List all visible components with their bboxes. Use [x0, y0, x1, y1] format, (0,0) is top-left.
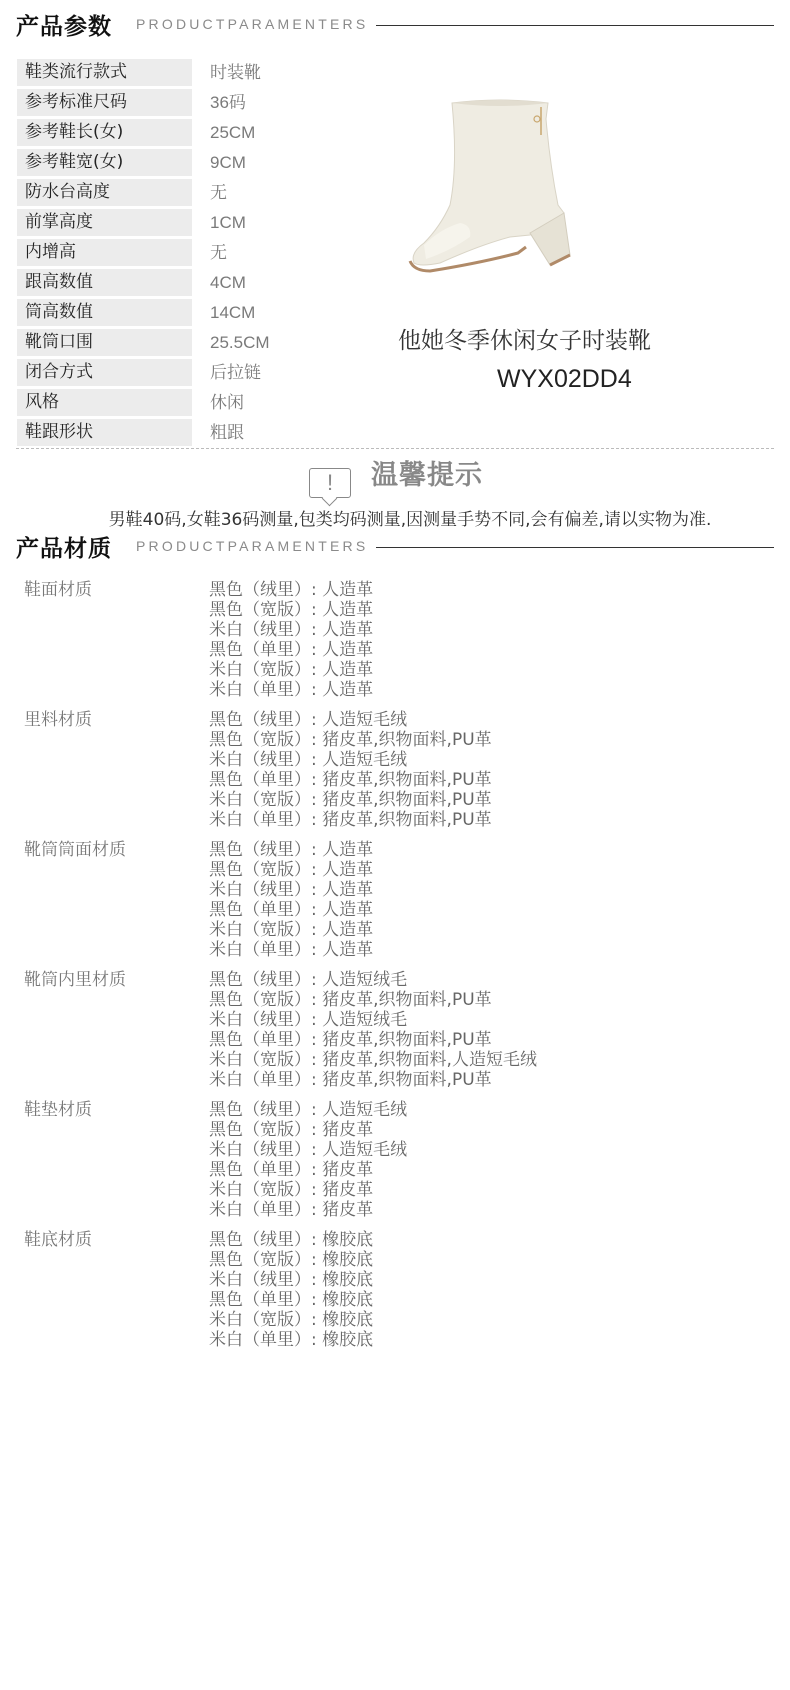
param-value: 后拉链: [210, 359, 261, 386]
param-value: 14CM: [210, 299, 255, 326]
material-line: 黑色（绒里）: 人造短毛绒: [209, 710, 492, 730]
material-line: 黑色（绒里）: 人造短绒毛: [209, 970, 537, 990]
param-value: 36码: [210, 89, 246, 116]
section-title: 产品材质: [16, 530, 112, 563]
param-row: 前掌高度1CM: [17, 209, 357, 236]
material-line: 黑色（单里）: 猪皮革,织物面料,PU革: [209, 770, 492, 790]
param-label: 筒高数值: [17, 299, 192, 326]
material-line: 黑色（绒里）: 人造革: [209, 840, 373, 860]
param-row: 鞋跟形状粗跟: [17, 419, 357, 446]
material-line: 黑色（单里）: 人造革: [209, 900, 373, 920]
materials-list: 鞋面材质 黑色（绒里）: 人造革 黑色（宽版）: 人造革 米白（绒里）: 人造革…: [24, 580, 764, 1360]
param-row: 筒高数值14CM: [17, 299, 357, 326]
param-row: 参考标准尺码36码: [17, 89, 357, 116]
param-label: 鞋类流行款式: [17, 59, 192, 86]
param-row: 靴筒口围25.5CM: [17, 329, 357, 356]
param-label: 参考鞋长(女): [17, 119, 192, 146]
section-subtitle: PRODUCTPARAMENTERS: [136, 16, 368, 32]
section-header-params: 产品参数 PRODUCTPARAMENTERS: [16, 6, 774, 42]
param-label: 前掌高度: [17, 209, 192, 236]
material-label: 靴筒内里材质: [24, 970, 209, 1090]
param-row: 参考鞋长(女)25CM: [17, 119, 357, 146]
param-value: 无: [210, 239, 227, 266]
product-code: WYX02DD4: [497, 365, 632, 394]
section-header-materials: 产品材质 PRODUCTPARAMENTERS: [16, 528, 774, 564]
param-value: 9CM: [210, 149, 246, 176]
param-label: 参考标准尺码: [17, 89, 192, 116]
param-value: 休闲: [210, 389, 244, 416]
product-image: [400, 95, 620, 295]
param-label: 防水台高度: [17, 179, 192, 206]
material-line: 米白（单里）: 猪皮革,织物面料,PU革: [209, 810, 492, 830]
param-row: 风格休闲: [17, 389, 357, 416]
param-label: 靴筒口围: [17, 329, 192, 356]
material-group: 靴筒内里材质 黑色（绒里）: 人造短绒毛 黑色（宽版）: 猪皮革,织物面料,PU…: [24, 970, 764, 1090]
material-line: 黑色（宽版）: 橡胶底: [209, 1250, 373, 1270]
material-line: 黑色（绒里）: 人造短毛绒: [209, 1100, 407, 1120]
exclamation-bubble-icon: !: [309, 468, 351, 498]
param-value: 1CM: [210, 209, 246, 236]
section-title: 产品参数: [16, 8, 112, 41]
param-label: 参考鞋宽(女): [17, 149, 192, 176]
param-value: 4CM: [210, 269, 246, 296]
section-subtitle: PRODUCTPARAMENTERS: [136, 538, 368, 554]
material-line: 米白（单里）: 猪皮革: [209, 1200, 407, 1220]
param-value: 无: [210, 179, 227, 206]
material-line: 黑色（单里）: 猪皮革,织物面料,PU革: [209, 1030, 537, 1050]
material-line: 黑色（宽版）: 猪皮革,织物面料,PU革: [209, 730, 492, 750]
boot-icon: [400, 95, 620, 295]
material-group: 里料材质 黑色（绒里）: 人造短毛绒 黑色（宽版）: 猪皮革,织物面料,PU革 …: [24, 710, 764, 830]
material-line: 黑色（宽版）: 猪皮革,织物面料,PU革: [209, 990, 537, 1010]
material-line: 米白（宽版）: 猪皮革,织物面料,PU革: [209, 790, 492, 810]
material-label: 鞋面材质: [24, 580, 209, 700]
material-group: 鞋面材质 黑色（绒里）: 人造革 黑色（宽版）: 人造革 米白（绒里）: 人造革…: [24, 580, 764, 700]
material-line: 米白（绒里）: 人造革: [209, 880, 373, 900]
material-line: 黑色（宽版）: 猪皮革: [209, 1120, 407, 1140]
material-line: 米白（绒里）: 人造短毛绒: [209, 750, 492, 770]
param-row: 鞋类流行款式时装靴: [17, 59, 357, 86]
param-value: 时装靴: [210, 59, 261, 86]
material-line: 黑色（单里）: 猪皮革: [209, 1160, 407, 1180]
param-label: 鞋跟形状: [17, 419, 192, 446]
param-row: 参考鞋宽(女)9CM: [17, 149, 357, 176]
dashed-divider: [16, 448, 774, 449]
param-label: 内增高: [17, 239, 192, 266]
param-label: 风格: [17, 389, 192, 416]
material-line: 米白（单里）: 猪皮革,织物面料,PU革: [209, 1070, 537, 1090]
material-group: 靴筒筒面材质 黑色（绒里）: 人造革 黑色（宽版）: 人造革 米白（绒里）: 人…: [24, 840, 764, 960]
param-row: 防水台高度无: [17, 179, 357, 206]
param-label: 跟高数值: [17, 269, 192, 296]
param-value: 25CM: [210, 119, 255, 146]
material-line: 黑色（绒里）: 人造革: [209, 580, 373, 600]
material-line: 米白（绒里）: 人造短绒毛: [209, 1010, 537, 1030]
param-value: 25.5CM: [210, 329, 270, 356]
material-line: 米白（宽版）: 猪皮革: [209, 1180, 407, 1200]
param-value: 粗跟: [210, 419, 244, 446]
material-line: 米白（宽版）: 人造革: [209, 660, 373, 680]
param-row: 内增高无: [17, 239, 357, 266]
param-label: 闭合方式: [17, 359, 192, 386]
material-line: 黑色（宽版）: 人造革: [209, 860, 373, 880]
tip-text: 男鞋40码,女鞋36码测量,包类均码测量,因测量手势不同,会有偏差,请以实物为准…: [0, 505, 790, 530]
material-line: 米白（单里）: 人造革: [209, 680, 373, 700]
material-line: 米白（宽版）: 橡胶底: [209, 1310, 373, 1330]
material-line: 米白（宽版）: 猪皮革,织物面料,人造短毛绒: [209, 1050, 537, 1070]
material-line: 米白（绒里）: 人造短毛绒: [209, 1140, 407, 1160]
material-label: 靴筒筒面材质: [24, 840, 209, 960]
material-line: 黑色（绒里）: 橡胶底: [209, 1230, 373, 1250]
material-label: 里料材质: [24, 710, 209, 830]
material-line: 米白（绒里）: 橡胶底: [209, 1270, 373, 1290]
material-label: 鞋底材质: [24, 1230, 209, 1350]
divider: [376, 25, 774, 26]
product-name: 他她冬季休闲女子时装靴: [398, 322, 651, 355]
material-group: 鞋垫材质 黑色（绒里）: 人造短毛绒 黑色（宽版）: 猪皮革 米白（绒里）: 人…: [24, 1100, 764, 1220]
material-line: 黑色（宽版）: 人造革: [209, 600, 373, 620]
material-group: 鞋底材质 黑色（绒里）: 橡胶底 黑色（宽版）: 橡胶底 米白（绒里）: 橡胶底…: [24, 1230, 764, 1350]
material-line: 黑色（单里）: 橡胶底: [209, 1290, 373, 1310]
material-line: 米白（绒里）: 人造革: [209, 620, 373, 640]
material-line: 米白（宽版）: 人造革: [209, 920, 373, 940]
material-line: 米白（单里）: 人造革: [209, 940, 373, 960]
divider: [376, 547, 774, 548]
material-label: 鞋垫材质: [24, 1100, 209, 1220]
param-row: 跟高数值4CM: [17, 269, 357, 296]
param-row: 闭合方式后拉链: [17, 359, 357, 386]
material-line: 米白（单里）: 橡胶底: [209, 1330, 373, 1350]
material-line: 黑色（单里）: 人造革: [209, 640, 373, 660]
params-table: 鞋类流行款式时装靴 参考标准尺码36码 参考鞋长(女)25CM 参考鞋宽(女)9…: [17, 59, 357, 449]
tip-title: 温馨提示: [371, 453, 483, 492]
